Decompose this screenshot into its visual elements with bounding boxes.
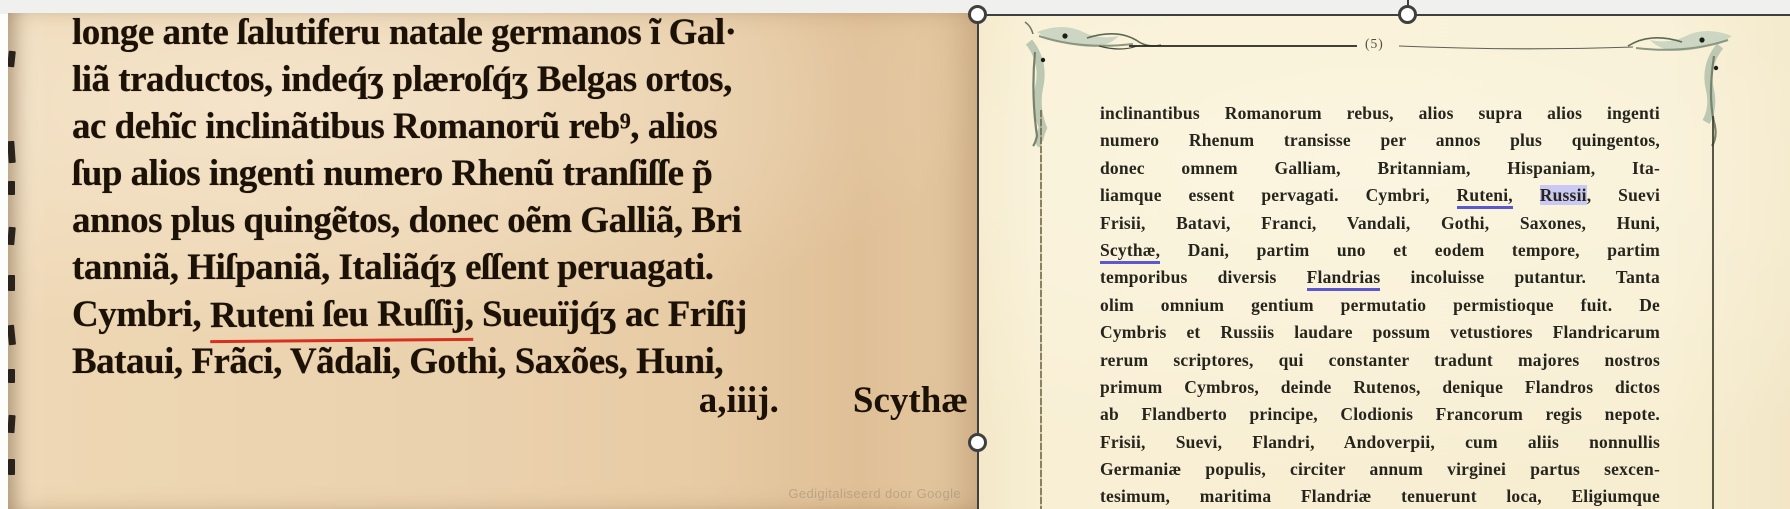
page-edge-mark: [8, 325, 16, 346]
page-edge-mark: [8, 459, 15, 475]
text-line: primum Cymbros, deinde Rutenos, denique …: [1100, 374, 1660, 401]
left-page-footer: a,iiij. Scythæ: [72, 379, 968, 422]
text-segment: , Suevi: [1587, 185, 1660, 205]
blue-underlined-text: Flandrias: [1307, 267, 1381, 291]
page-edge-mark: [8, 181, 15, 195]
page-frame-right-rule: [1712, 116, 1714, 509]
text-segment: ſup alios ingenti numero Rhenũ tranſiſſe…: [72, 153, 712, 194]
text-line: Cymbri, Ruteni ſeu Ruſſij, Sueuïjq́ʒ ac …: [72, 291, 971, 338]
text-segment: rerum scriptores, qui constanter tradunt…: [1100, 350, 1660, 370]
selection-handle-middle-left[interactable]: [968, 433, 987, 452]
text-segment: Frisii, Batavi, Franci, Vandali, Gothi, …: [1100, 213, 1660, 233]
text-line: tanniã, Hiſpaniã, Italiãq́ʒ eſſent perua…: [72, 244, 971, 291]
text-segment: ab Flandberto principe, Clodionis Franco…: [1100, 404, 1660, 424]
page-edge-mark: [8, 227, 16, 246]
text-segment: inclinantibus Romanorum rebus, alios sup…: [1100, 103, 1660, 123]
text-segment: ac dehĩc inclinãtibus Romanorũ reb⁹, ali…: [72, 106, 717, 147]
text-segment: Germaniæ populis, circiter annum virgine…: [1100, 459, 1660, 479]
text-segment: temporibus diversis: [1100, 267, 1307, 287]
page-edge-mark: [8, 51, 16, 68]
text-segment: Cymbri,: [72, 294, 210, 335]
text-line: Bataui, Frãci, Vãdali, Gothi, Saxões, Hu…: [72, 338, 971, 385]
text-line: temporibus diversis Flandrias incoluisse…: [1100, 264, 1660, 291]
blue-underlined-text: Ruteni,: [1457, 185, 1513, 209]
text-segment: annos plus quingẽtos, donec oẽm Galliã, …: [72, 200, 741, 241]
selection-handle-top-left[interactable]: [968, 5, 987, 24]
left-page-text-block: longe ante ſalutiferu natale germanos ĩ …: [72, 18, 971, 385]
text-line: annos plus quingẽtos, donec oẽm Galliã, …: [72, 197, 971, 244]
text-line: Germaniæ populis, circiter annum virgine…: [1100, 456, 1660, 483]
text-line: tesimum, maritima Flandriæ tenuerunt loc…: [1100, 483, 1660, 509]
page-frame-left-rule: [1040, 110, 1042, 509]
text-segment: numero Rhenum transisse per annos plus q…: [1100, 130, 1660, 150]
text-segment: [1513, 185, 1540, 205]
text-segment: tesimum, maritima Flandriæ tenuerunt loc…: [1100, 486, 1660, 506]
catchword: Scythæ: [853, 379, 968, 422]
page-edge-mark: [8, 369, 15, 383]
editor-canvas: longe ante ſalutiferu natale germanos ĩ …: [0, 0, 1790, 509]
text-line: ac dehĩc inclinãtibus Romanorũ reb⁹, ali…: [72, 103, 971, 150]
text-segment: primum Cymbros, deinde Rutenos, denique …: [1100, 377, 1660, 397]
highlighted-text: Russii: [1540, 185, 1587, 205]
text-line: rerum scriptores, qui constanter tradunt…: [1100, 347, 1660, 374]
text-line: liã traductos, indeq́ʒ plæroſq́ʒ Belgas …: [72, 56, 971, 103]
text-line: ſup alios ingenti numero Rhenũ tranſiſſe…: [72, 150, 971, 197]
text-line: Scythæ, Dani, partim uno et eodem tempor…: [1100, 237, 1660, 264]
text-segment: Cymbris et Russiis laudare possum vetust…: [1100, 322, 1660, 342]
page-number: (5): [1365, 36, 1384, 52]
text-segment: incoluisse putantur. Tanta: [1380, 267, 1660, 287]
right-page-text-block: inclinantibus Romanorum rebus, alios sup…: [1100, 100, 1660, 509]
text-line: ab Flandberto principe, Clodionis Franco…: [1100, 401, 1660, 428]
text-line: numero Rhenum transisse per annos plus q…: [1100, 127, 1660, 154]
text-line: Cymbris et Russiis laudare possum vetust…: [1100, 319, 1660, 346]
text-segment: Dani, partim uno et eodem tempore, parti…: [1160, 240, 1660, 260]
text-line: Frisii, Batavi, Franci, Vandali, Gothi, …: [1100, 210, 1660, 237]
text-line: olim omnium gentium permutatio permistio…: [1100, 292, 1660, 319]
text-segment: liã traductos, indeq́ʒ plæroſq́ʒ Belgas …: [72, 59, 732, 100]
right-book-scan-image[interactable]: (5) inclinantibus Romanorum rebus, alios…: [979, 16, 1790, 509]
text-line: liamque essent pervagati. Cymbri, Ruteni…: [1100, 182, 1660, 209]
text-segment: Sueuïjq́ʒ ac Friſij: [473, 294, 747, 335]
text-segment: Frisii, Suevi, Flandri, Andoverpii, cum …: [1100, 432, 1660, 452]
text-segment: tanniã, Hiſpaniã, Italiãq́ʒ eſſent perua…: [72, 247, 714, 288]
text-line: longe ante ſalutiferu natale germanos ĩ …: [72, 13, 971, 56]
text-segment: liamque essent pervagati. Cymbri,: [1100, 185, 1457, 205]
page-edge-mark: [8, 141, 16, 163]
blue-underlined-text: Scythæ,: [1100, 240, 1160, 264]
google-watermark: Gedigitaliseerd door Google: [788, 486, 961, 501]
text-line: inclinantibus Romanorum rebus, alios sup…: [1100, 100, 1660, 127]
text-line: Frisii, Suevi, Flandri, Andoverpii, cum …: [1100, 429, 1660, 456]
signature-mark: a,iiij.: [699, 379, 779, 422]
text-segment: longe ante ſalutiferu natale germanos ĩ …: [72, 13, 737, 53]
text-line: donec omnem Galliam, Britanniam, Hispani…: [1100, 155, 1660, 182]
text-segment: donec omnem Galliam, Britanniam, Hispani…: [1100, 158, 1660, 178]
page-edge-mark: [8, 415, 16, 433]
red-underlined-text: Ruteni ſeu Ruſſij,: [210, 290, 474, 343]
selection-border-top: [978, 14, 1790, 16]
text-segment: olim omnium gentium permutatio permistio…: [1100, 295, 1660, 315]
left-book-scan-image[interactable]: longe ante ſalutiferu natale germanos ĩ …: [8, 13, 977, 509]
selection-handle-top-middle[interactable]: [1398, 5, 1417, 24]
page-edge-mark: [8, 275, 15, 291]
text-segment: Bataui, Frãci, Vãdali, Gothi, Saxões, Hu…: [72, 341, 723, 382]
